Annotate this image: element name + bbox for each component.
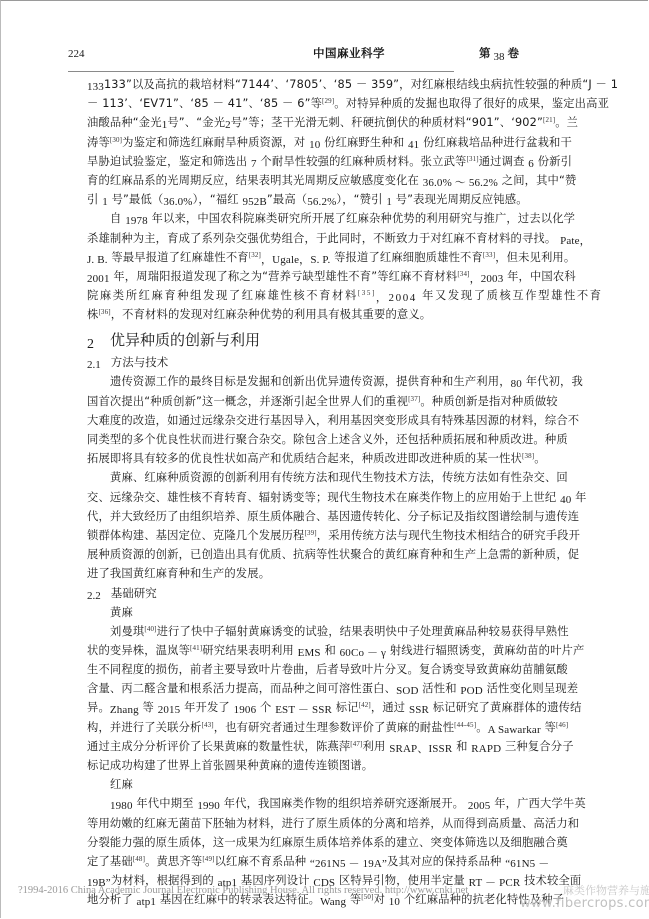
citation: [38]: [522, 452, 534, 460]
text-line: 标记成功构建了世界上首张圆果种黄麻的遗传连锁图谱。: [87, 756, 574, 775]
citation: [32]: [249, 251, 261, 259]
text-line: 含量、丙二醛含量和根系活力提高，而品种之间可溶性蛋白、SOD 活性和 POD 活…: [87, 679, 574, 698]
citation: [33]: [483, 251, 495, 259]
paragraph-germplasm-innovation: 遗传资源工作的最终目标是发掘和创新出优异遗传资源，提供育种和生产利用，80 年代…: [87, 372, 574, 468]
text-line: 1980 年代中期至 1990 年代，我国麻类作物的组织培养研究逐渐展开。 20…: [87, 794, 574, 813]
text-line: 代，并大致经历了由组织培养、原生质体融合、基因遗传转化、分子标记及指纹图谱绘制与…: [87, 507, 574, 526]
running-header: 224 中国麻业科学 第38卷: [68, 45, 455, 67]
text-line: 引 1 号”最低（36.0%），“福红 952B”最高（56.2%），“赞引 1…: [87, 190, 574, 209]
text-line: 分裂能力强的原生质体，这一成果为红麻原生质体培养体系的建立、突变体筛选以及细胞融…: [87, 833, 574, 852]
text-line: 涛等[30]为鉴定和筛选红麻耐旱种质资源，对 10 份红麻野生种和 41 份红麻…: [87, 133, 574, 152]
text-line: 旱胁迫试验鉴定，鉴定和筛选出 7 个耐旱性较强的红麻种质材料。张立武等[31]通…: [87, 152, 574, 171]
text-line: 黄麻、红麻种质资源的创新利用有传统方法和现代生物技术方法，传统方法如有性杂交、回: [87, 468, 574, 487]
header-rule: [68, 71, 454, 72]
text-line: 异。Zhang 等 2015 年开发了 1906 个 EST － SSR 标记[…: [87, 698, 574, 717]
text-line: J. B. 等最早报道了红麻雄性不育[32]，Ugale，S. P. 等报道了红…: [87, 248, 574, 267]
citation: [36]: [98, 308, 110, 316]
text-line: 构，并进行了关联分析[43]，也有研究者通过生理参数评价了黄麻的耐盐性[44-4…: [87, 718, 574, 737]
text-line: 2001 年，周瑞阳报道发现了称之为“营养亏缺型雄性不育”等红麻不育材料[34]…: [87, 267, 574, 286]
citation: [30]: [110, 136, 122, 144]
text-line: 锁群体构建、基因定位、克隆几个发展历程[39]，采用传统方法与现代生物技术相结合…: [87, 526, 574, 545]
text-line: 交、远缘杂交、雄性核不育转育、辐射诱变等；现代生物技术在麻类作物上的应用始于上世…: [87, 488, 574, 507]
citation: [47]: [350, 740, 362, 748]
text-line: 状的变异株，温岚等[41]研究结果表明利用 EMS 和 60Co － γ 射线进…: [87, 641, 574, 660]
text-line: 油酸品种“金光1号”、“金光2号”等；茎干光滑无刺、秆硬抗倒伏的种质材料“901…: [87, 113, 574, 132]
text-line: － 113’、‘EV71”、‘85 － 41”、‘85 － 6”等[29]。对特…: [87, 94, 574, 113]
citation: [40]: [144, 625, 156, 633]
citation: [39]: [305, 529, 317, 537]
text-line: 同类型的多个优良性状而进行聚合杂交。除包含上述含义外，还包括种质拓展和种质改进。…: [87, 430, 574, 449]
article-body: 133133”以及高抗的栽培材料“7144’、‘7805’、‘85 － 359”…: [87, 75, 574, 910]
text-line: 进了我国黄红麻育种和生产的发展。: [87, 564, 574, 583]
paragraph-germplasm-resistance: 133133”以及高抗的栽培材料“7144’、‘7805’、‘85 － 359”…: [87, 75, 574, 209]
citation: [43]: [201, 721, 213, 729]
text-line: 国首次提出“种质创新”这一概念，并逐渐引起全世界人们的重视[37]。种质创新是指…: [87, 392, 574, 411]
paragraph-male-sterility: 自 1978 年以来，中国农科院麻类研究所开展了红麻杂种优势的利用研究与推广，过…: [87, 209, 574, 324]
citation: [29]: [322, 97, 334, 105]
text-line: 拓展即将具有较多的优良性状如高产和优质结合起来，种质改进即改进种质的某一性状[3…: [87, 449, 574, 468]
citation: [21]: [543, 116, 555, 124]
subsection-heading: 2.2基础研究: [87, 584, 574, 603]
section-heading: 2优异种质的创新与利用: [87, 327, 574, 353]
text-line: 遗传资源工作的最终目标是发掘和创新出优异遗传资源，提供育种和生产利用，80 年代…: [87, 372, 574, 391]
subheading-kenaf: 红麻: [87, 775, 574, 794]
citation: [42]: [359, 701, 371, 709]
text-line: 133133”以及高抗的栽培材料“7144’、‘7805’、‘85 － 359”…: [87, 75, 574, 94]
citation: [35]: [358, 289, 376, 297]
citation: [34]: [457, 270, 469, 278]
volume-label: 第38卷: [479, 45, 519, 61]
paragraph-breeding-methods: 黄麻、红麻种质资源的创新利用有传统方法和现代生物技术方法，传统方法如有性杂交、回…: [87, 468, 574, 583]
text-line: 生不同程度的损伤，前者主要导致叶片卷曲，后者导致叶片分叉。复合诱变导致黄麻幼苗脯…: [87, 660, 574, 679]
text-line: 等用幼嫩的红麻无菌苗下胚轴为材料，进行了原生质体的分离和培养，从而得到高质量、高…: [87, 814, 574, 833]
text-line: 杀雄制种为主，育成了系列杂交强优势组合，于此同时，不断致力于对红麻不育材料的寻找…: [87, 229, 574, 248]
citation: [46]: [556, 721, 568, 729]
text-line: 通过主成分分析评价了长果黄麻的数量性状，陈燕萍[47]利用 SRAP、ISSR …: [87, 737, 574, 756]
citation: [37]: [408, 395, 420, 403]
text-line: 自 1978 年以来，中国农科院麻类研究所开展了红麻杂种优势的利用研究与推广，过…: [87, 209, 574, 228]
copyright-footer: ?1994-2016 China Academic Journal Electr…: [18, 885, 468, 896]
subheading-jute: 黄麻: [87, 603, 574, 622]
text-line: 定了基础[48]。黄思齐等[49]以红麻不育系品种 “261N5 － 19A”及…: [87, 852, 574, 871]
text-line: 院麻类所红麻育种组发现了红麻雄性核不育材料[35]，2004 年又发现了质核互作…: [87, 286, 574, 305]
watermark-url: www.fibercrops.com: [520, 896, 649, 911]
citation: [41]: [190, 644, 202, 652]
citation: [44-45]: [454, 721, 476, 729]
text-line: 大难度的改造，如通过远缘杂交进行基因导入，利用基因突变形成具有特殊基因源的材料，…: [87, 411, 574, 430]
page-number: 224: [68, 48, 85, 60]
subsection-heading: 2.1方法与技术: [87, 353, 574, 372]
text-line: 株[36]，不育材料的发现对红麻杂种优势的利用具有极其重要的意义。: [87, 305, 574, 324]
text-line: 育的红麻品系的光周期反应，结果表明其光周期反应敏感度变化在 36.0% ～ 56…: [87, 171, 574, 190]
citation: [31]: [466, 155, 478, 163]
text-line: 展种质资源的创新，已创造出具有优质、抗病等性状聚合的黄红麻育种和生产上急需的新种…: [87, 545, 574, 564]
paragraph-jute-research: 刘曼琪[40]进行了快中子辐射黄麻诱变的试验，结果表明快中子处理黄麻品种较易获得…: [87, 622, 574, 776]
citation: [48]: [133, 855, 145, 863]
journal-title: 中国麻业科学: [313, 45, 385, 61]
text-line: 刘曼琪[40]进行了快中子辐射黄麻诱变的试验，结果表明快中子处理黄麻品种较易获得…: [87, 622, 574, 641]
citation: [49]: [202, 855, 214, 863]
